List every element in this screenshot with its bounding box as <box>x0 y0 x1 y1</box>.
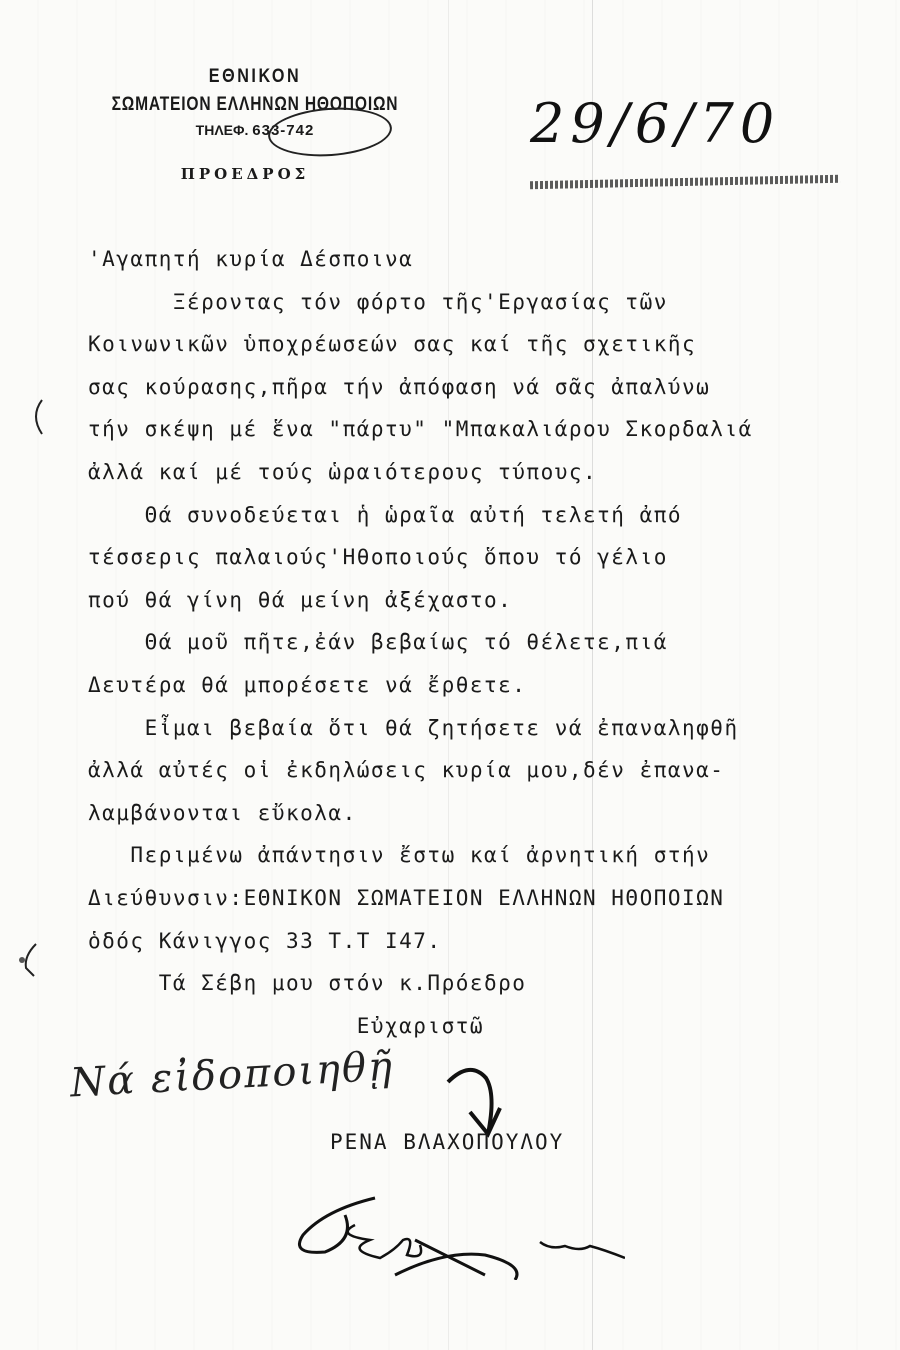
handwritten-note: Νά εἰδοποιηθῇ <box>69 1044 395 1107</box>
handwritten-date: 29/6/70 <box>530 92 780 155</box>
letter-line: ἀλλά αὐτές οἱ ἐκδηλώσεις κυρία μου,δέν ἐ… <box>88 749 900 792</box>
letter-line: ὁδός Κάνιγγος 33 Τ.Τ Ι47. <box>88 920 900 963</box>
handwritten-signature <box>285 1180 625 1280</box>
letterhead-phone: ΤΗΛΕΦ. 633-742 <box>196 122 315 139</box>
letter-line: Διεύθυνσιν:ΕΘΝΙΚΟΝ ΣΩΜΑΤΕΙΟΝ ΕΛΛΗΝΩΝ ΗΘΟ… <box>88 877 900 920</box>
letter-line: Δευτέρα θά μπορέσετε νά ἔρθετε. <box>88 664 900 707</box>
margin-bracket-mark <box>28 398 48 438</box>
letter-line: Εὐχαριστῶ <box>88 1005 900 1048</box>
letter-line: 'Αγαπητή κυρία Δέσποινα <box>88 238 900 281</box>
signatory-name: ΡΕΝΑ ΒΛΑΧΟΠΟΥΛΟΥ <box>330 1130 564 1154</box>
letter-line: Εἶμαι βεβαία ὅτι θά ζητήσετε νά ἐπαναληφ… <box>88 707 900 750</box>
letter-body: 'Αγαπητή κυρία Δέσποινα Ξέροντας τόν φόρ… <box>88 238 900 1047</box>
date-underline <box>530 175 840 189</box>
letter-line: Κοινωνικῶν ὑποχρέωσεών σας καί τῆς σχετι… <box>88 323 900 366</box>
letter-line: Περιμένω ἀπάντησιν ἔστω καί ἀρνητική στή… <box>88 834 900 877</box>
letter-line: Τά Σέβη μου στόν κ.Πρόεδρο <box>88 962 900 1005</box>
letterhead-org-line1: ΕΘΝΙΚΟΝ <box>89 66 421 88</box>
letter-line: Θά μοῦ πῆτε,ἐάν βεβαίως τό θέλετε,πιά <box>88 621 900 664</box>
letter-line: πού θά γίνη θά μείνη ἀξέχαστο. <box>88 579 900 622</box>
letterhead-role: ΠΡΟΕΔΡΟΣ <box>40 165 450 183</box>
letter-line: λαμβάνονται εὔκολα. <box>88 792 900 835</box>
phone-label: ΤΗΛΕΦ. <box>196 122 249 138</box>
letter-line: Ξέροντας τόν φόρτο τῆς'Εργασίας τῶν <box>88 281 900 324</box>
letter-line: Θά συνοδεύεται ἡ ὡραῖα αὐτή τελετή ἀπό <box>88 494 900 537</box>
letter-page: ΕΘΝΙΚΟΝ ΣΩΜΑΤΕΙΟΝ ΕΛΛΗΝΩΝ ΗΘΟΠΟΙΩΝ ΤΗΛΕΦ… <box>0 0 900 1350</box>
handdrawn-arrow-icon <box>440 1060 510 1140</box>
letter-line: σας κούρασης,πῆρα τήν ἀπόφαση νά σᾶς ἀπα… <box>88 366 900 409</box>
margin-bracket-mark <box>14 940 44 980</box>
letter-line: τήν σκέψη μέ ἕνα "πάρτυ" "Μπακαλιάρου Σκ… <box>88 408 900 451</box>
letter-line: τέσσερις παλαιούς'Ηθοποιούς ὅπου τό γέλι… <box>88 536 900 579</box>
letter-line: ἀλλά καί μέ τούς ὡραιότερους τύπους. <box>88 451 900 494</box>
letterhead: ΕΘΝΙΚΟΝ ΣΩΜΑΤΕΙΟΝ ΕΛΛΗΝΩΝ ΗΘΟΠΟΙΩΝ ΤΗΛΕΦ… <box>60 66 450 183</box>
